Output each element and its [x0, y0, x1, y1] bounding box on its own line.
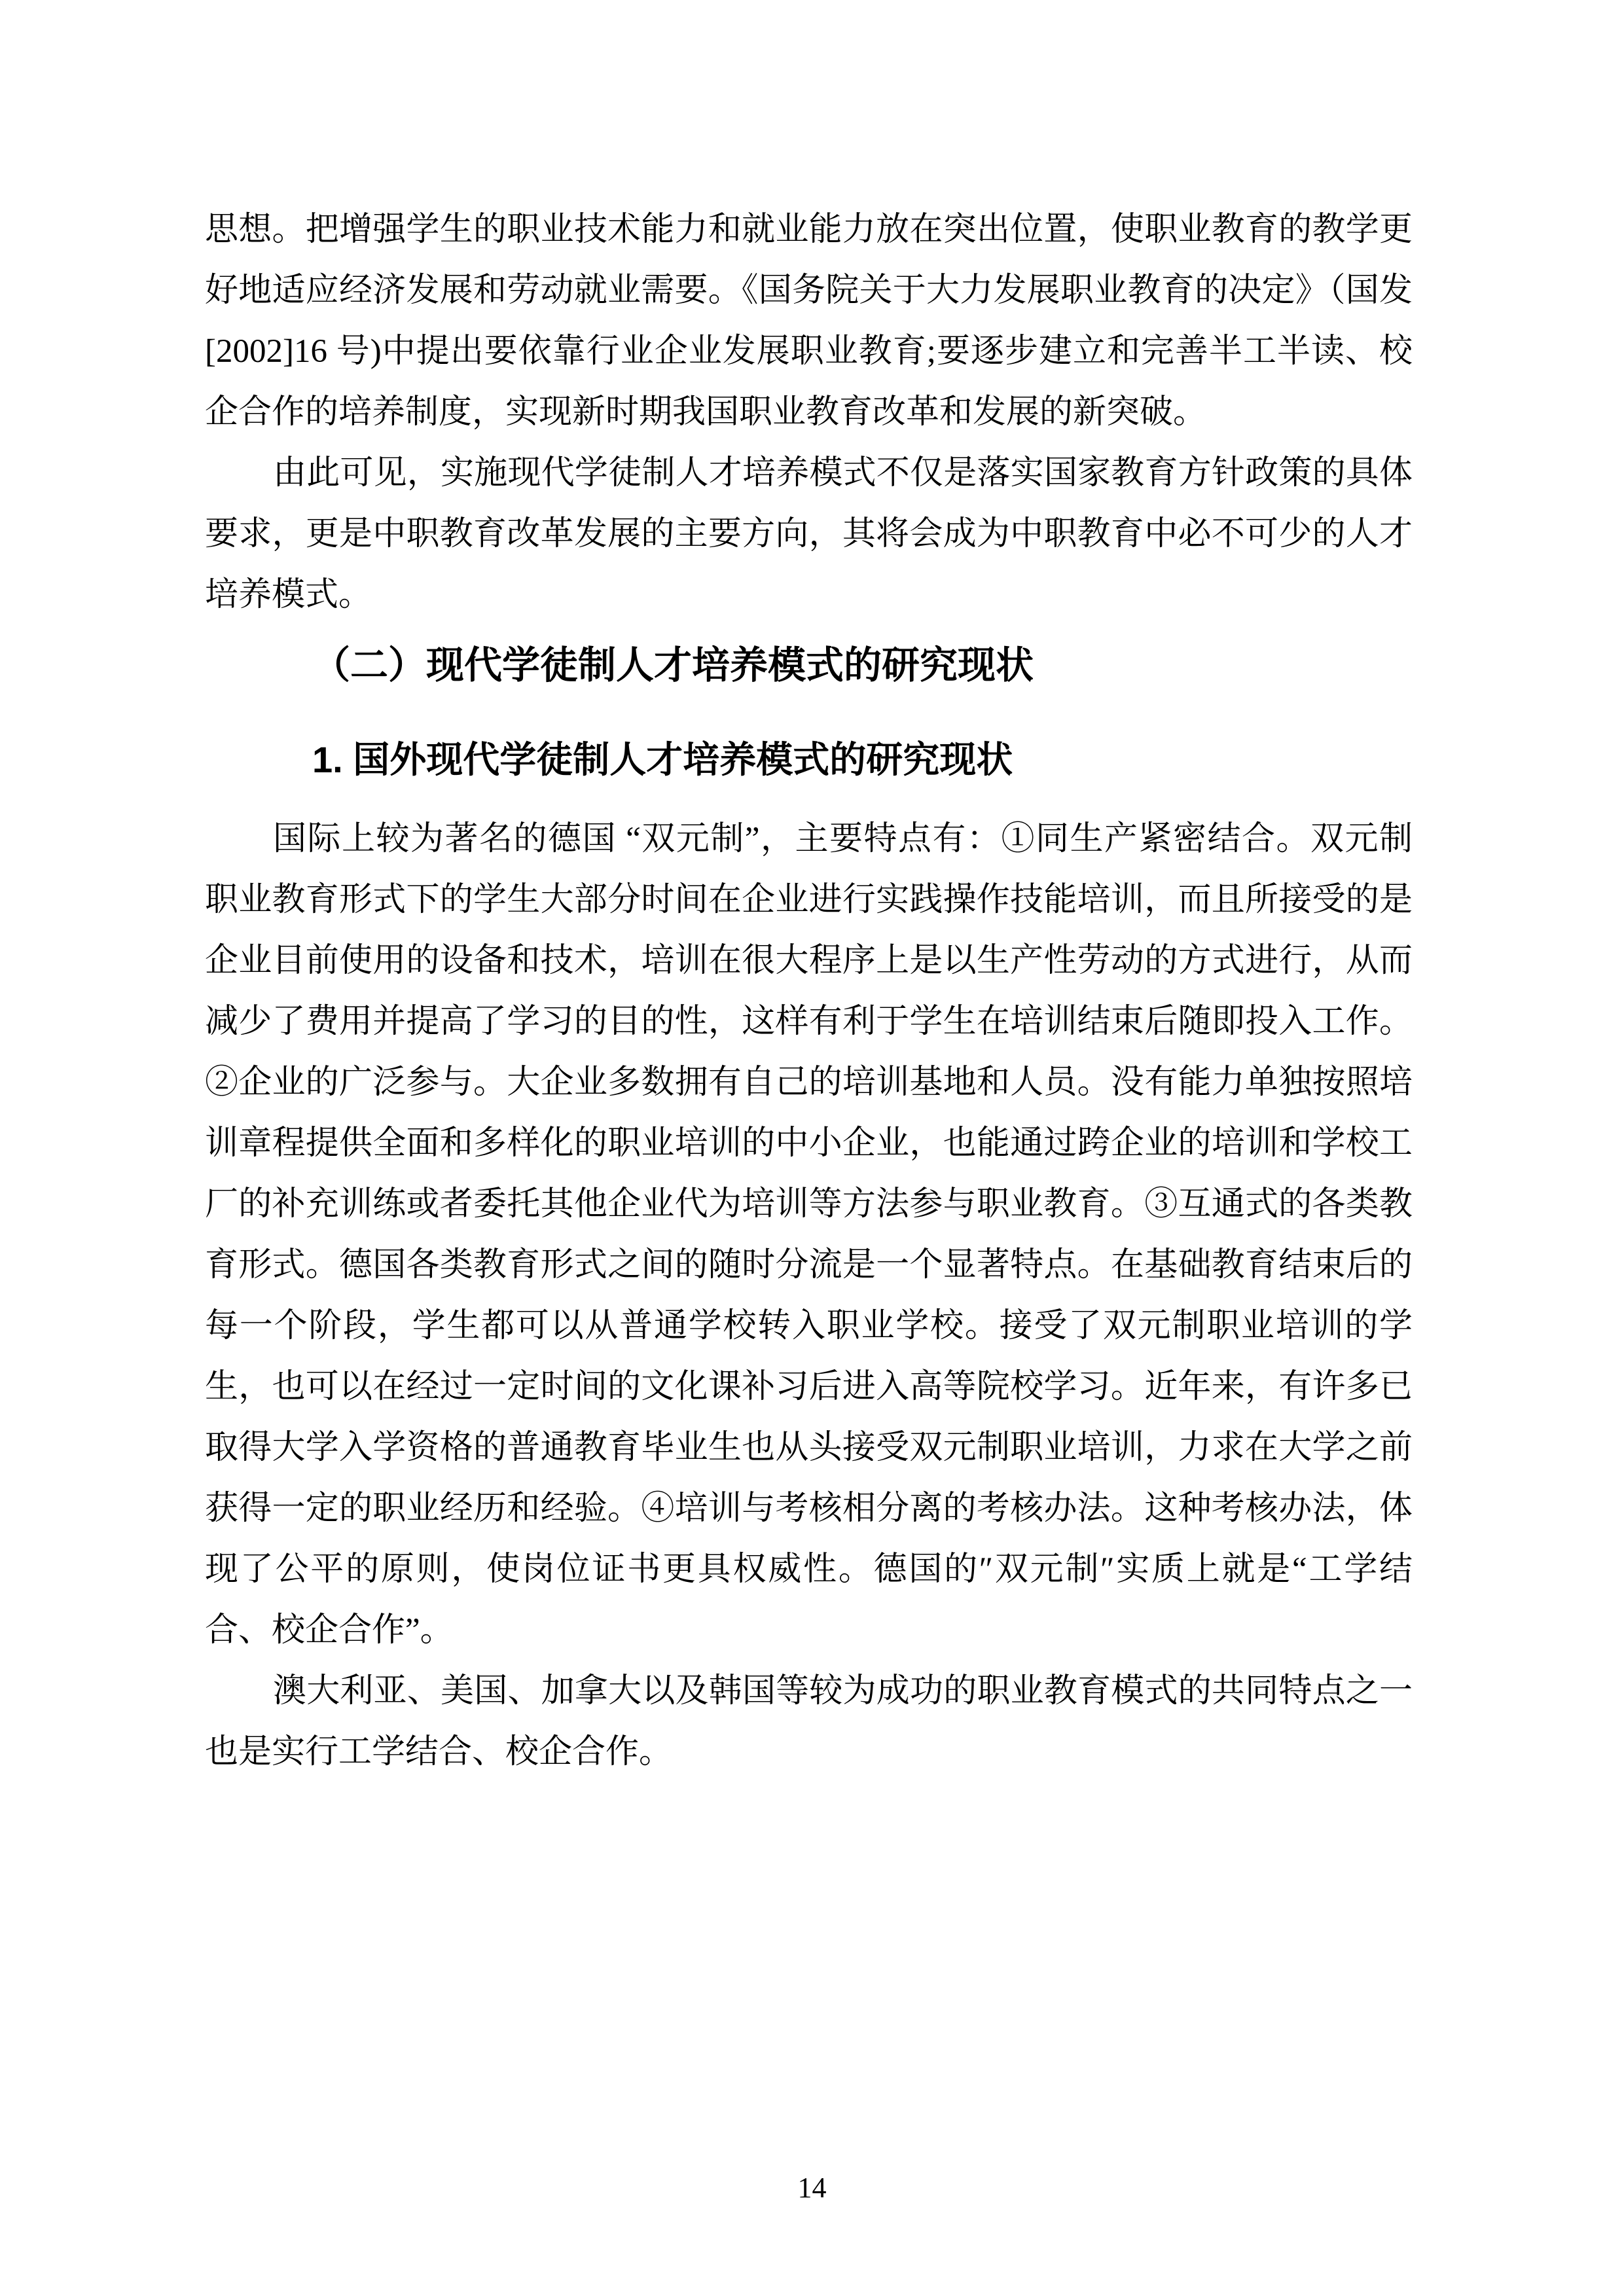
paragraph-germany-dual-system: 国际上较为著名的德国 “双元制”，主要特点有：①同生产紧密结合。双元制职业教育形… — [205, 809, 1413, 1661]
section-heading-research-status: （二）现代学徒制人才培养模式的研究现状 — [205, 634, 1413, 696]
document-page: 思想。把增强学生的职业技术能力和就业能力放在突出位置，使职业教育的教学更好地适应… — [0, 0, 1624, 2296]
page-footer: 14 — [0, 2172, 1624, 2204]
page-content: 思想。把增强学生的职业技术能力和就业能力放在突出位置，使职业教育的教学更好地适应… — [205, 200, 1413, 1783]
paragraph-other-countries: 澳大利亚、美国、加拿大以及韩国等较为成功的职业教育模式的共同特点之一也是实行工学… — [205, 1661, 1413, 1783]
subsection-heading-foreign-research-status: 1. 国外现代学徒制人才培养模式的研究现状 — [205, 728, 1413, 791]
page-number: 14 — [798, 2172, 827, 2204]
paragraph-policy-continuation: 思想。把增强学生的职业技术能力和就业能力放在突出位置，使职业教育的教学更好地适应… — [205, 200, 1413, 443]
paragraph-conclusion: 由此可见，实施现代学徒制人才培养模式不仅是落实国家教育方针政策的具体要求，更是中… — [205, 443, 1413, 626]
